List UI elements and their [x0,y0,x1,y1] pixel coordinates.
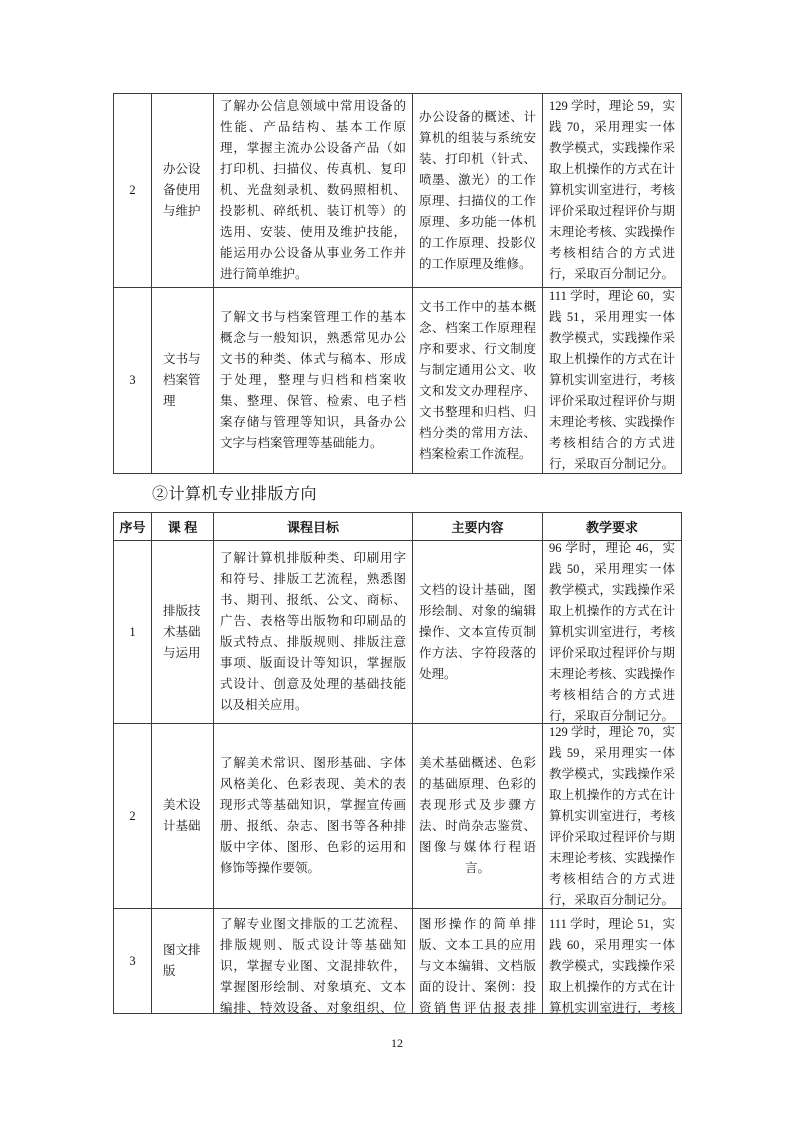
cell-requirements: 129 学时，理论 59，实践 70，采用理实一体教学模式，实践操作采取上机操作… [543,94,682,288]
cell-course: 文书与档案管理 [152,288,214,474]
course-name: 排版技术基础与运用 [163,601,202,664]
cell-course: 美术设计基础 [152,724,214,909]
cell-content: 美术基础概述、色彩的基础原理、色彩的表现形式及步骤方法、时尚杂志鉴赏、图像与媒体… [413,724,543,909]
cell-seq: 2 [114,94,152,288]
cell-seq: 1 [114,541,152,724]
document-page: 2 办公设备使用与维护 了解办公信息领域中常用设备的性能、产品结构、基本工作原理… [0,0,794,1123]
header-requirements: 教学要求 [543,513,682,541]
cell-course: 排版技术基础与运用 [152,541,214,724]
course-table-office: 2 办公设备使用与维护 了解办公信息领域中常用设备的性能、产品结构、基本工作原理… [113,93,682,474]
header-course: 课 程 [152,513,214,541]
cell-objectives: 了解办公信息领域中常用设备的性能、产品结构、基本工作原理，掌握主流办公设备产品（… [214,94,413,288]
course-name: 文书与档案管理 [163,349,202,412]
course-table-typesetting: 序号 课 程 课程目标 主要内容 教学要求 1 排版技术基础与运用 了解计算机排… [113,512,682,1014]
cell-content: 图形操作的简单排版、文本工具的应用与文本编辑、文档版面的设计、案例：投资销售评估… [413,909,543,1014]
cell-objectives: 了解计算机排版种类、印刷用字和符号、排版工艺流程，熟悉图书、期刊、报纸、公文、商… [214,541,413,724]
cell-objectives: 了解美术常识、图形基础、字体风格美化、色彩表现、美术的表现形式等基础知识，掌握宣… [214,724,413,909]
course-name: 美术设计基础 [163,795,202,837]
header-content: 主要内容 [413,513,543,541]
header-objectives: 课程目标 [214,513,413,541]
cell-content: 办公设备的概述、计算机的组装与系统安装、打印机（针式、喷墨、激光）的工作原理、扫… [413,94,543,288]
page-number: 12 [0,1036,794,1051]
cell-requirements: 129 学时，理论 70，实践 59，采用理实一体教学模式，实践操作采取上机操作… [543,724,682,909]
cell-objectives: 了解文书与档案管理工作的基本概念与一般知识，熟悉常见办公文书的种类、体式与稿本、… [214,288,413,474]
cell-course: 办公设备使用与维护 [152,94,214,288]
course-name: 图文排版 [163,940,202,982]
header-seq: 序号 [114,513,152,541]
cell-content: 文书工作中的基本概念、档案工作原理程序和要求、行文制度与制定通用公文、收文和发文… [413,288,543,474]
cell-objectives: 了解专业图文排版的工艺流程、排版规则、版式设计等基础知识，掌握专业图、文混排软件… [214,909,413,1014]
cell-course: 图文排版 [152,909,214,1014]
section-title: ②计算机专业排版方向 [152,481,317,504]
cell-seq: 3 [114,909,152,1014]
cell-seq: 3 [114,288,152,474]
cell-requirements: 111 学时，理论 51，实践 60，采用理实一体教学模式，实践操作采取上机操作… [543,909,682,1014]
course-name: 办公设备使用与维护 [163,159,202,222]
cell-seq: 2 [114,724,152,909]
cell-requirements: 111 学时，理论 60，实践 51，采用理实一体教学模式，实践操作采取上机操作… [543,288,682,474]
cell-content: 文档的设计基础，图形绘制、对象的编辑操作、文本宣传页制作方法、字符段落的处理。 [413,541,543,724]
cell-requirements: 96 学时，理论 46，实践 50，采用理实一体教学模式，实践操作采取上机操作的… [543,541,682,724]
